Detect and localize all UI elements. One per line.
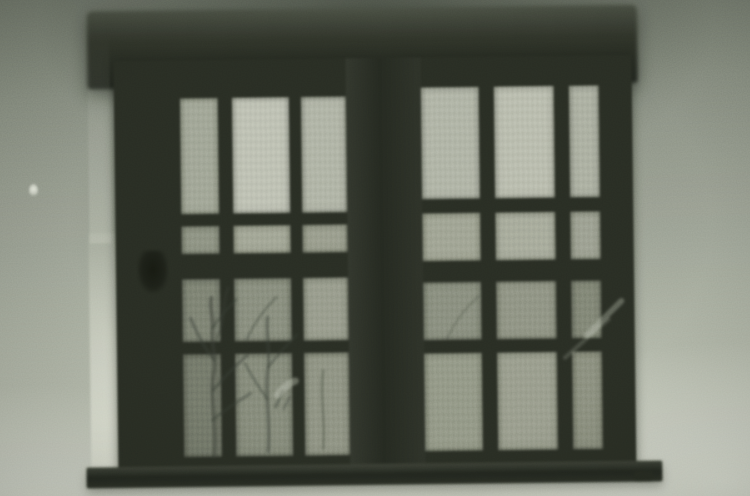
wall-chip <box>29 184 38 197</box>
window-reveal-upper <box>87 33 112 243</box>
hinge-blob <box>138 250 169 292</box>
sill-end <box>634 471 652 481</box>
window-reveal-left <box>89 233 119 479</box>
window-frame <box>113 55 636 475</box>
window <box>81 1 663 496</box>
photo-scene <box>0 0 750 496</box>
branch-reflections <box>113 55 636 475</box>
photograph <box>0 0 750 496</box>
